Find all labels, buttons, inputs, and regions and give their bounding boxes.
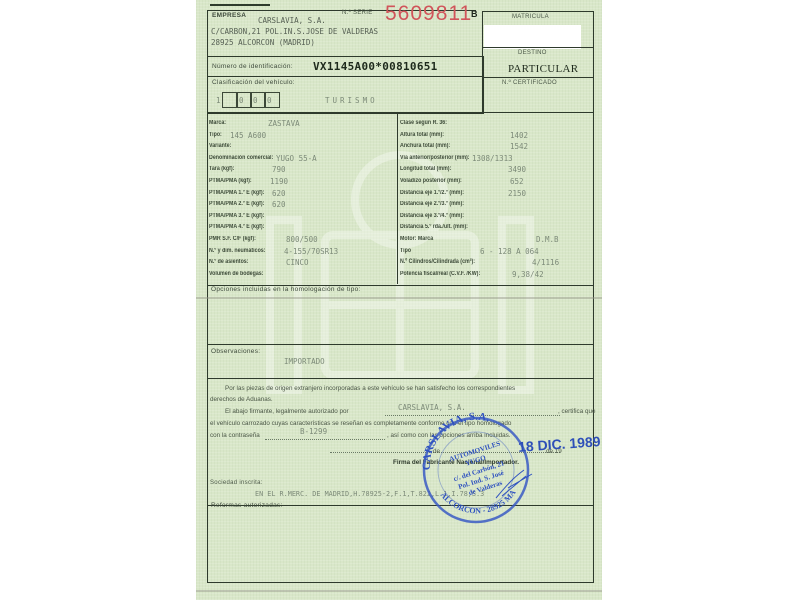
class-code-4: 0	[267, 96, 272, 105]
observaciones-label: Observaciones:	[211, 348, 260, 355]
spec-right-label: Distancia 5.º rda./ult. (mm):	[400, 224, 468, 230]
spec-right-label: Anchura total (mm):	[400, 143, 450, 149]
identificacion-label: Número de identificación:	[212, 63, 293, 70]
certificado-label: N.º CERTIFICADO	[502, 80, 557, 86]
spec-right-value: 652	[510, 177, 524, 186]
clasificacion-value: TURISMO	[325, 96, 378, 105]
opciones-label: Opciones incluidas en la homologación de…	[211, 286, 361, 293]
sociedad-label: Sociedad inscrita:	[210, 480, 263, 486]
cert-para4-prefix: con la contraseña	[210, 432, 260, 439]
spec-left-label: PTMA/PMA 3.º E (kgf):	[209, 213, 264, 219]
cert-para2-prefix: El abajo firmante, legalmente autorizado…	[225, 408, 349, 415]
series-label: N.º SERIE	[342, 10, 373, 16]
spec-left-label: Tara (kgf):	[209, 166, 234, 172]
cert-para2-suffix: , certifica que	[558, 408, 595, 415]
spec-left-value: 620	[272, 189, 286, 198]
spec-left-value: ZASTAVA	[268, 119, 300, 128]
spec-right-value: 2150	[508, 189, 526, 198]
spec-right-value: 9,38/42	[512, 270, 544, 279]
empresa-address-line2: 28925 ALCORCON (MADRID)	[211, 38, 315, 47]
spec-left-label: Variante:	[209, 143, 231, 149]
spec-right-label: Clase según R. 36:	[400, 120, 447, 126]
spec-left-value: 145 A600	[230, 131, 266, 140]
spec-left-label: Denominación comercial:	[209, 155, 273, 161]
destino-value: PARTICULAR	[508, 63, 578, 75]
fold-crease	[196, 590, 602, 592]
spec-right-label: N.º Cilindros/Cilindrada (cm³):	[400, 259, 475, 265]
spec-right-value: 6 - 128 A 064	[480, 247, 539, 256]
clasificacion-label: Clasificación del vehículo:	[212, 79, 295, 86]
spec-right-label: Tipo	[400, 248, 411, 254]
spec-right-value: 1402	[510, 131, 528, 140]
spec-right-label: Motor: Marca	[400, 236, 433, 242]
spec-left-label: PTMA/PMA 4.º E (kgf):	[209, 224, 264, 230]
divider	[397, 113, 398, 284]
spec-left-value: 1190	[270, 177, 288, 186]
reformas-label: Reformas autorizadas:	[211, 502, 283, 509]
spec-left-label: N.º de asientos:	[209, 259, 248, 265]
spec-right-label: Distancia eje 1.º/2.º (mm):	[400, 190, 464, 196]
spec-left-value: YUGO 55-A	[276, 154, 317, 163]
spec-left-value: 800/500	[286, 235, 318, 244]
divider	[483, 77, 593, 78]
spec-left-value: CINCO	[286, 258, 309, 267]
fold-crease	[196, 297, 602, 299]
spec-right-label: Vía anterior/posterior (mm):	[400, 155, 470, 161]
observaciones-box	[207, 344, 594, 379]
spec-right-label: Distancia eje 2.º/3.º (mm):	[400, 201, 464, 207]
spec-left-label: PTMA/PMA (kgf):	[209, 178, 252, 184]
empresa-name: CARSLAVIA, S.A.	[258, 16, 326, 25]
matricula-label: MATRICULA	[512, 14, 549, 20]
spec-right-value: 1542	[510, 142, 528, 151]
cert-para1b: derechos de Aduanas.	[210, 396, 273, 403]
spec-left-label: Tipo:	[209, 132, 222, 138]
spec-left-value: 790	[272, 165, 286, 174]
spec-left-label: PTMA/PMA 2.º E (kgf):	[209, 201, 264, 207]
tab-mark	[210, 4, 270, 6]
empresa-label: EMPRESA	[212, 12, 246, 19]
spec-right-label: Voladizo posterior (mm):	[400, 178, 462, 184]
divider	[483, 47, 593, 48]
observaciones-value: IMPORTADO	[284, 357, 325, 366]
spec-right-value: 4/1116	[532, 258, 559, 267]
spec-left-value: 620	[272, 200, 286, 209]
cert-contrasena: B-1299	[300, 427, 327, 436]
spec-left-label: Marca:	[209, 120, 226, 126]
spec-left-label: N.º y dim. neumáticos:	[209, 248, 266, 254]
spec-right-value: 3490	[508, 165, 526, 174]
spec-left-value: 4-155/70SR13	[284, 247, 338, 256]
spec-right-label: Altura total (mm):	[400, 132, 444, 138]
empresa-address-line1: C/CARBON,21 POL.IN.S.JOSE DE VALDERAS	[211, 27, 378, 36]
spec-left-label: Volumen de bodegas:	[209, 271, 263, 277]
spec-right-label: Distancia eje 3.º/4.º (mm):	[400, 213, 464, 219]
series-number: 5609811	[385, 2, 472, 26]
class-code-2: 0	[239, 96, 244, 105]
series-letter: B	[471, 9, 478, 19]
spec-right-label: Longitud total (mm):	[400, 166, 451, 172]
opciones-box	[207, 284, 594, 345]
cert-para1a: Por las piezas de origen extranjero inco…	[225, 385, 515, 392]
spec-right-value: 1308/1313	[472, 154, 513, 163]
spec-left-label: PTMA/PMA 1.º E (kgf):	[209, 190, 264, 196]
spec-left-label: PMR S.F. C/F (kgf):	[209, 236, 256, 242]
identificacion-value: VX1145A00*00810651	[313, 60, 438, 73]
destino-label: DESTINO	[518, 50, 547, 56]
class-code-1: 1	[216, 96, 221, 105]
spec-right-value: D.M.B	[536, 235, 559, 244]
matricula-redacted	[484, 25, 581, 49]
company-stamp-icon: CARSLAVIA, S.A. ALCORCON - 28925 MADRID …	[416, 410, 536, 525]
spec-right-label: Potencia fiscal/real (C.V.F. /KW):	[400, 271, 480, 277]
class-code-3: 0	[253, 96, 258, 105]
